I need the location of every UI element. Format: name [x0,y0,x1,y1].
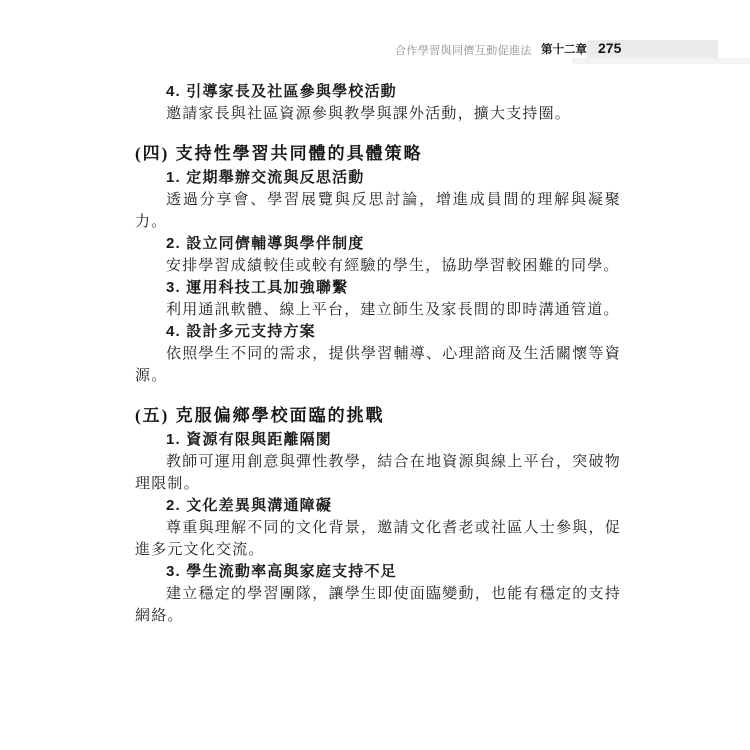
numbered-item-title: 4. 設計多元支持方案 [135,321,621,343]
book-title: 合作學習與同儕互動促進法 [395,42,532,58]
numbered-item-title: 4. 引導家長及社區參與學校活動 [135,81,621,103]
numbered-item-title: 3. 運用科技工具加強聯繫 [135,277,621,299]
numbered-item-title: 3. 學生流動率高與家庭支持不足 [135,561,621,583]
section-heading: (五) 克服偏鄉學校面臨的挑戰 [135,403,621,429]
page-number: 275 [598,40,621,56]
numbered-item-body: 利用通訊軟體、線上平台，建立師生及家長間的即時溝通管道。 [135,299,621,321]
numbered-item-body: 教師可運用創意與彈性教學，結合在地資源與線上平台，突破物理限制。 [135,451,621,495]
numbered-item-title: 1. 定期舉辦交流與反思活動 [135,167,621,189]
numbered-item-title: 1. 資源有限與距離隔閡 [135,429,621,451]
numbered-item-body: 透過分享會、學習展覽與反思討論，增進成員間的理解與凝聚力。 [135,189,621,233]
numbered-item-title: 2. 設立同儕輔導與學伴制度 [135,233,621,255]
page-content: 4. 引導家長及社區參與學校活動 邀請家長與社區資源參與教學與課外活動，擴大支持… [135,81,621,627]
book-page: 合作學習與同儕互動促進法 第十二章 275 4. 引導家長及社區參與學校活動 邀… [0,0,750,750]
section-heading: (四) 支持性學習共同體的具體策略 [135,141,621,167]
chapter-label: 第十二章 [541,41,587,57]
numbered-item-body: 建立穩定的學習團隊，讓學生即使面臨變動，也能有穩定的支持網絡。 [135,583,621,627]
numbered-item-title: 2. 文化差異與溝通障礙 [135,495,621,517]
numbered-item-body: 依照學生不同的需求，提供學習輔導、心理諮商及生活關懷等資源。 [135,343,621,387]
header-shadow-bar [572,58,750,64]
numbered-item-body: 邀請家長與社區資源參與教學與課外活動，擴大支持圈。 [135,103,621,125]
numbered-item-body: 安排學習成績較佳或較有經驗的學生，協助學習較困難的同學。 [135,255,621,277]
numbered-item-body: 尊重與理解不同的文化背景，邀請文化耆老或社區人士參與，促進多元文化交流。 [135,517,621,561]
